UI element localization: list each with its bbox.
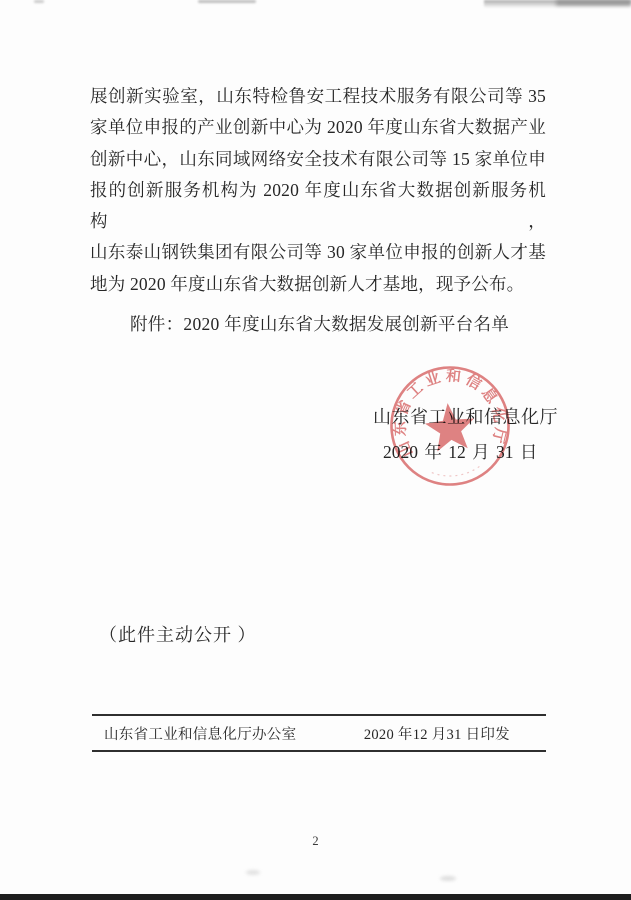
footer-bar: 山东省工业和信息化厅办公室 2020 年12 月31 日印发 bbox=[92, 714, 546, 752]
signature-date: 2020 年 12 月 31 日 bbox=[383, 441, 537, 463]
scan-artifact-bottom-edge bbox=[0, 894, 631, 900]
footer-print-date: 2020 年12 月31 日印发 bbox=[364, 723, 510, 744]
document-page: 展创新实验室，山东特检鲁安工程技术服务有限公司等 35 家单位申报的产业创新中心… bbox=[0, 0, 631, 900]
page-number: 2 bbox=[0, 834, 631, 849]
seal-code-marks bbox=[430, 466, 480, 478]
scan-artifact-smudge bbox=[246, 870, 260, 875]
footer-issuer: 山东省工业和信息化厅办公室 bbox=[104, 723, 296, 744]
body-line: 家单位申报的产业创新中心为 2020 年度山东省大数据产业 bbox=[90, 112, 546, 143]
attachment-line: 附件：2020 年度山东省大数据发展创新平台名单 bbox=[130, 309, 509, 340]
scan-artifact-top-right-shadow bbox=[484, 0, 631, 8]
scan-artifact-smudge bbox=[440, 876, 456, 881]
scan-artifact-top-dot bbox=[34, 0, 44, 3]
disclosure-note: （此件主动公开 ） bbox=[99, 621, 257, 647]
body-paragraph: 展创新实验室，山东特检鲁安工程技术服务有限公司等 35 家单位申报的产业创新中心… bbox=[90, 81, 546, 300]
scan-artifact-top-streak bbox=[198, 0, 256, 3]
body-line: 报的创新服务机构为 2020 年度山东省大数据创新服务机构， bbox=[90, 175, 546, 238]
body-line: 山东泰山钢铁集团有限公司等 30 家单位申报的创新人才基 bbox=[90, 237, 546, 268]
signature-agency: 山东省工业和信息化厅 bbox=[373, 406, 558, 428]
scan-artifact-top-corner bbox=[556, 0, 631, 5]
body-line: 地为 2020 年度山东省大数据创新人才基地，现予公布。 bbox=[90, 269, 546, 300]
body-line: 创新中心，山东同域网络安全技术有限公司等 15 家单位申 bbox=[90, 144, 546, 175]
body-line: 展创新实验室，山东特检鲁安工程技术服务有限公司等 35 bbox=[90, 81, 546, 112]
